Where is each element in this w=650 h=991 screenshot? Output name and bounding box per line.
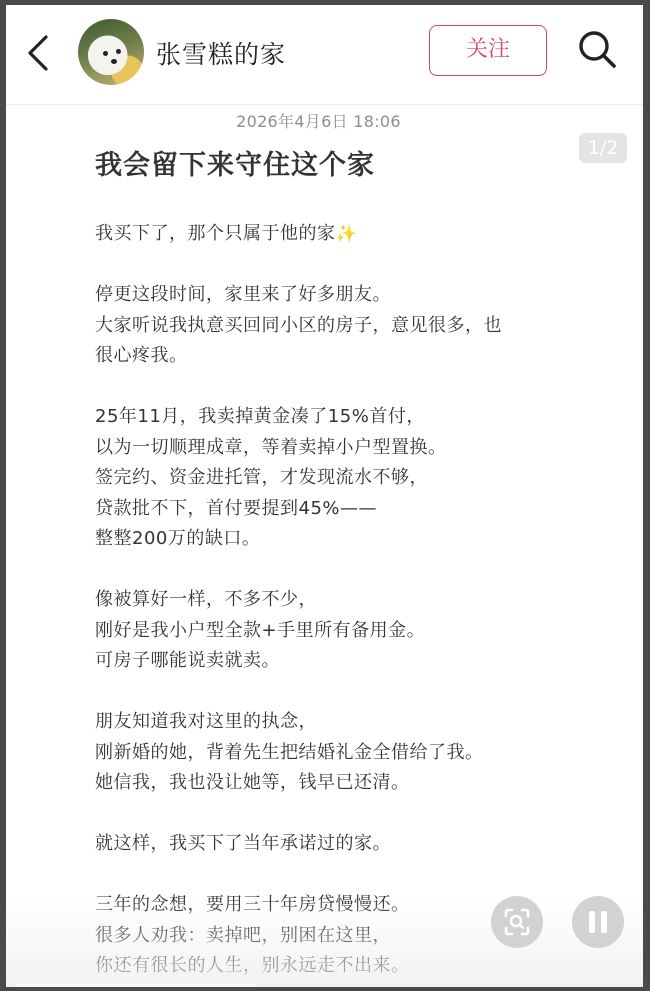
home-indicator [16,984,256,987]
author-name[interactable]: 张雪糕的家 [156,35,286,71]
post-body: 我买下了，那个只属于他的家✨ 停更这段时间，家里来了好多朋友。 大家听说我执意买… [95,219,565,982]
body-line: 签完约、资金进托管，才发现流水不够， [95,463,565,494]
body-line: 像被算好一样，不多不少， [95,585,565,616]
body-line: 25年11月，我卖掉黄金凑了15%首付， [95,402,565,433]
body-line: 大家听说我执意买回同小区的房子，意见很多，也 [95,311,565,342]
pause-icon [589,911,595,933]
body-line: 很心疼我。 [95,341,565,372]
app-screen: 张雪糕的家 关注 2026年4月6日 18:06 1/2 我会留下来守住这个家 … [6,5,643,987]
body-line: 整整200万的缺口。 [95,524,565,555]
body-line: 停更这段时间，家里来了好多朋友。 [95,280,565,311]
follow-button[interactable]: 关注 [429,25,547,76]
post-date: 2026年4月6日 18:06 [6,109,643,132]
search-button[interactable] [575,27,619,71]
author-avatar[interactable] [78,19,144,85]
page-indicator: 1/2 [579,133,627,163]
body-line: 以为一切顺理成章，等着卖掉小户型置换。 [95,433,565,464]
body-line: 你还有很长的人生，别永远走不出来。 [95,951,565,982]
scan-search-icon [491,896,543,948]
back-button[interactable] [20,31,56,75]
avatar-nose [111,59,117,64]
body-line: 刚新婚的她，背着先生把结婚礼金全借给了我。 [95,738,565,769]
body-line: 朋友知道我对这里的执念， [95,707,565,738]
pause-button[interactable] [572,896,624,948]
avatar-eye [103,51,108,56]
body-line: 就这样，我买下了当年承诺过的家。 [95,829,565,860]
scan-search-button[interactable] [491,896,543,948]
avatar-eye [116,49,121,54]
body-line: 可房子哪能说卖就卖。 [95,646,565,677]
body-line: 她信我，我也没让她等，钱早已还清。 [95,768,565,799]
post-content: 2026年4月6日 18:06 1/2 我会留下来守住这个家 我买下了，那个只属… [6,106,643,987]
sparkle-icon: ✨ [336,224,358,244]
body-line: 我买下了，那个只属于他的家✨ [95,219,565,250]
pause-icon [601,911,607,933]
chevron-left-icon [20,31,56,75]
search-icon [575,27,619,71]
body-line: 刚好是我小户型全款+手里所有备用金。 [95,616,565,647]
top-nav-bar: 张雪糕的家 关注 [6,5,643,105]
post-title: 我会留下来守住这个家 [95,143,375,182]
body-line: 贷款批不下，首付要提到45%—— [95,494,565,525]
